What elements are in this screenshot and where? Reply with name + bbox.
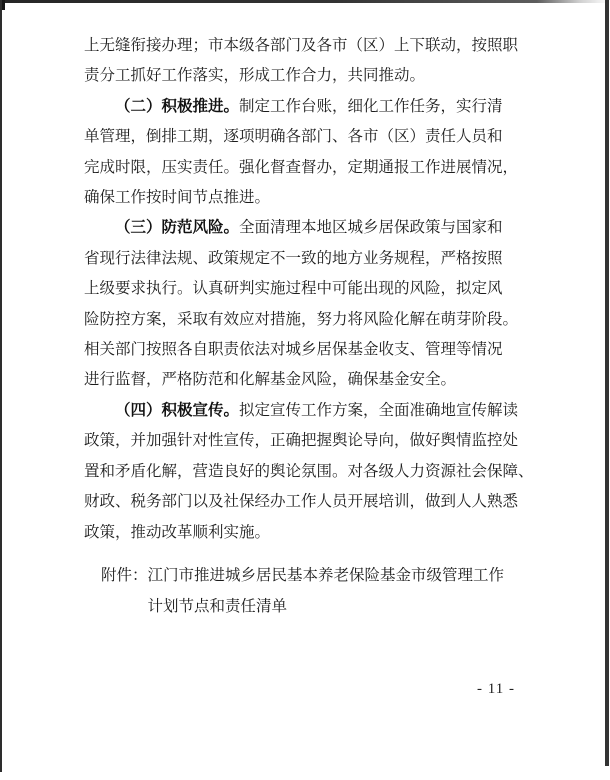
body-paragraph: 上无缝衔接办理；市本级各部门及各市（区）上下联动，按照职 责分工抓好工作落实，形… (84, 31, 534, 92)
body-paragraph: （三）防范风险。全面清理本地区城乡居保政策与国家和 省现行法律法规、政策规定不一… (84, 213, 534, 395)
scan-edge-left (0, 0, 2, 772)
attachment-text: 江门市推进城乡居民基本养老保险基金市级管理工作 计划节点和责任清单 (148, 560, 505, 622)
paragraph-lead: （二）积极推进。 (115, 98, 239, 115)
attachment-block: 附件： 江门市推进城乡居民基本养老保险基金市级管理工作 计划节点和责任清单 (101, 560, 504, 622)
scan-edge-right (605, 0, 609, 766)
attachment-line2: 计划节点和责任清单 (148, 591, 505, 622)
page-number: - 11 - (477, 681, 515, 698)
document-body: 上无缝衔接办理；市本级各部门及各市（区）上下联动，按照职 责分工抓好工作落实，形… (84, 31, 534, 548)
paragraph-lead: （四）积极宣传。 (115, 402, 239, 419)
body-paragraph: （二）积极推进。制定工作台账，细化工作任务，实行清 单管理，倒排工期，逐项明确各… (84, 92, 534, 214)
paragraph-text: 全面清理本地区城乡居保政策与国家和 省现行法律法规、政策规定不一致的地方业务规程… (84, 219, 518, 388)
body-paragraph: （四）积极宣传。拟定宣传工作方案，全面准确地宣传解读 政策，并加强针对性宣传，正… (84, 396, 534, 548)
attachment-label: 附件： (101, 560, 148, 622)
attachment-line1: 江门市推进城乡居民基本养老保险基金市级管理工作 (148, 560, 505, 591)
paragraph-text: 拟定宣传工作方案，全面准确地宣传解读 政策，并加强针对性宣传，正确把握舆论导向，… (84, 402, 534, 541)
paragraph-lead: （三）防范风险。 (115, 219, 239, 236)
scan-edge-top (0, 0, 610, 3)
document-page: 上无缝衔接办理；市本级各部门及各市（区）上下联动，按照职 责分工抓好工作落实，形… (0, 0, 610, 780)
paragraph-text: 上无缝衔接办理；市本级各部门及各市（区）上下联动，按照职 责分工抓好工作落实，形… (84, 37, 518, 84)
